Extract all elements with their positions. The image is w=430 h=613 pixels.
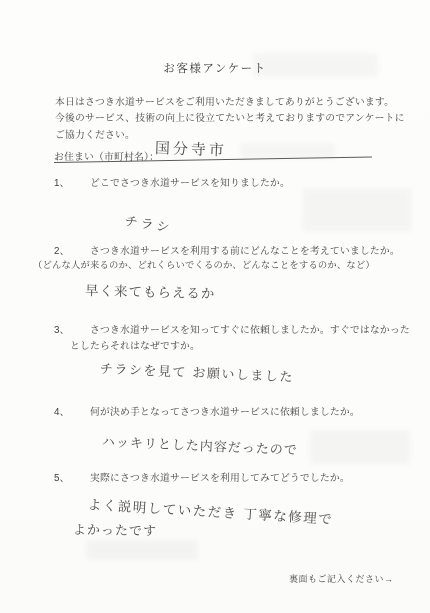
intro-line: ご協力ください。	[55, 127, 135, 141]
question-4-text: 何が決め手となってさつき水道サービスに依頼しましたか。	[90, 404, 360, 418]
question-5-text: 実際にさつき水道サービスを利用してみてどうでしたか。	[90, 470, 350, 484]
question-3-answer-handwritten: チラシを見て お願いしました	[100, 358, 295, 385]
bleedthrough-ghost	[302, 188, 412, 232]
question-1-answer-handwritten: チラシ	[124, 210, 174, 236]
question-2-text-hint: （どんな人が来るのか、どれくらいでくるのか、どんなことをするのか、など）	[33, 257, 375, 271]
scanned-survey-document: お客様アンケート 本日はさつき水道サービスをご利用いただきましてありがとうござい…	[0, 0, 430, 613]
question-2-answer-handwritten: 早く来てもらえるか	[85, 279, 216, 302]
intro-line: 本日はさつき水道サービスをご利用いただきましてありがとうございます。	[55, 94, 394, 108]
question-1-text: どこでさつき水道サービスを知りましたか。	[90, 175, 290, 189]
question-5-number: 5、	[54, 470, 70, 484]
question-5-answer-handwritten-line2: よかったです	[73, 519, 157, 539]
bleedthrough-ghost	[310, 430, 410, 464]
question-3-text: さつき水道サービスを知ってすぐに依頼しましたか。すぐではなかった	[90, 322, 410, 336]
question-4-answer-handwritten: ハッキリとした内容だったので	[102, 431, 299, 459]
question-2-number: 2、	[54, 243, 70, 257]
question-3-text-line2: としたらそれはなぜですか。	[70, 338, 200, 352]
document-title: お客様アンケート	[0, 60, 430, 76]
question-2-text: さつき水道サービスを利用する前にどんなことを考えていましたか。	[90, 243, 400, 257]
bleedthrough-ghost	[86, 540, 198, 560]
question-4-number: 4、	[54, 404, 70, 418]
intro-line: 今後のサービス、技術の向上に役立てたいと考えておりますのでアンケートに	[55, 110, 405, 124]
question-1-number: 1、	[54, 175, 70, 189]
question-3-number: 3、	[54, 322, 70, 336]
residence-value-handwritten: 国分寺市	[155, 137, 228, 161]
footer-note: 裏面もご記入ください→	[289, 572, 394, 585]
